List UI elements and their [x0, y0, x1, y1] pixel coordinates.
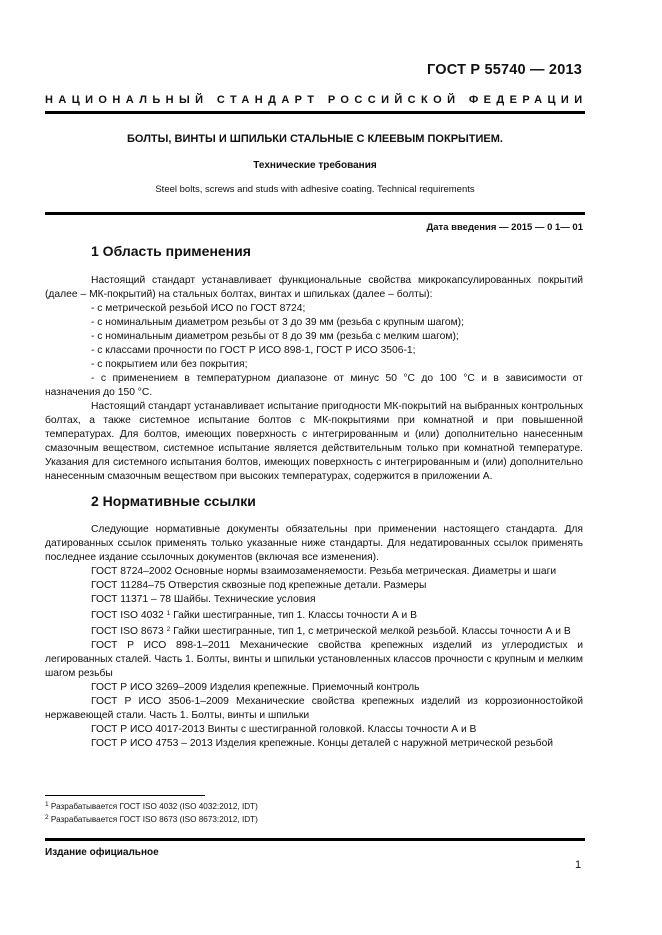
scope-item: - с номинальным диаметром резьбы от 3 до…: [45, 316, 583, 330]
reference-item: ГОСТ ISO 4032 1 Гайки шестигранные, тип …: [45, 607, 583, 623]
english-title: Steel bolts, screws and studs with adhes…: [45, 184, 585, 195]
footnote-marker: 1: [167, 610, 171, 617]
national-standard-banner: НАЦИОНАЛЬНЫЙ СТАНДАРТ РОССИЙСКОЙ ФЕДЕРАЦ…: [45, 94, 585, 106]
reference-code: ГОСТ 11371 – 78: [91, 594, 171, 605]
normative-references-list: ГОСТ 8724–2002 Основные нормы взаимозаме…: [45, 565, 583, 751]
footnote-1: 1 Разрабатывается ГОСТ ISO 4032 (ISO 403…: [45, 799, 258, 812]
reference-title: Изделия крепежные. Приемочный контроль: [210, 682, 420, 693]
reference-title: Гайки шестигранные, тип 1, с метрической…: [173, 626, 571, 637]
reference-item: ГОСТ Р ИСО 898-1–2011 Механические свойс…: [45, 639, 583, 681]
reference-code: ГОСТ Р ИСО 3269–2009: [91, 682, 207, 693]
reference-title: Основные нормы взаимозаменяемости. Резьб…: [175, 566, 556, 577]
reference-item: ГОСТ Р ИСО 4017-2013 Винты с шестигранно…: [45, 723, 583, 737]
document-title: БОЛТЫ, ВИНТЫ И ШПИЛЬКИ СТАЛЬНЫЕ С КЛЕЕВЫ…: [45, 133, 585, 145]
scope-item: - с применением в температурном диапазон…: [45, 372, 583, 400]
title-rule: [45, 212, 585, 215]
scope-item: - с покрытием или без покрытия;: [45, 358, 583, 372]
section-1-paragraph-2: Настоящий стандарт устанавливает испытан…: [45, 400, 583, 484]
reference-title: Шайбы. Технические условия: [174, 594, 316, 605]
reference-title: Гайки шестигранные, тип 1. Классы точнос…: [173, 610, 417, 621]
footnote-separator: [45, 795, 205, 796]
gost-number: ГОСТ Р 55740 — 2013: [427, 62, 582, 78]
page-number: 1: [575, 859, 581, 871]
reference-code: ГОСТ Р ИСО 4017-2013: [91, 724, 205, 735]
reference-item: ГОСТ 8724–2002 Основные нормы взаимозаме…: [45, 565, 583, 579]
reference-code: ГОСТ Р ИСО 898-1–2011: [91, 640, 230, 651]
scope-item: - с метрической резьбой ИСО по ГОСТ 8724…: [45, 302, 583, 316]
section-1-body: Настоящий стандарт устанавливает функцио…: [45, 274, 583, 484]
reference-item: ГОСТ 11284–75 Отверстия сквозные под кре…: [45, 579, 583, 593]
reference-code: ГОСТ Р ИСО 4753 – 2013: [91, 738, 213, 749]
scope-item: - с классами прочности по ГОСТ Р ИСО 898…: [45, 344, 583, 358]
section-2-body: Следующие нормативные документы обязател…: [45, 523, 583, 751]
reference-title: Отверстия сквозные под крепежные детали.…: [168, 580, 426, 591]
official-edition-label: Издание официальное: [45, 847, 159, 858]
section-1-paragraph-1: Настоящий стандарт устанавливает функцио…: [45, 274, 583, 302]
footnotes: 1 Разрабатывается ГОСТ ISO 4032 (ISO 403…: [45, 799, 258, 825]
reference-code: ГОСТ 11284–75: [91, 580, 165, 591]
footnote-2: 2 Разрабатывается ГОСТ ISO 8673 (ISO 867…: [45, 812, 258, 825]
footer-rule: [45, 838, 585, 841]
section-1-heading: 1 Область применения: [91, 243, 251, 259]
reference-code: ГОСТ Р ИСО 3506-1–2009: [91, 696, 229, 707]
document-subtitle: Технические требования: [45, 160, 585, 171]
reference-title: Винты с шестигранной головкой. Классы то…: [208, 724, 477, 735]
reference-title: Изделия крепежные. Концы деталей с наруж…: [216, 738, 553, 749]
section-2-intro: Следующие нормативные документы обязател…: [45, 523, 583, 565]
scope-item: - с номинальным диаметром резьбы от 8 до…: [45, 330, 583, 344]
footnote-marker: 2: [167, 626, 171, 633]
section-2-heading: 2 Нормативные ссылки: [91, 493, 256, 509]
reference-code: ГОСТ ISO 8673: [91, 626, 164, 637]
reference-code: ГОСТ 8724–2002: [91, 566, 172, 577]
reference-item: ГОСТ ISO 8673 2 Гайки шестигранные, тип …: [45, 623, 583, 639]
introduction-date: Дата введения — 2015 — 0 1— 01: [426, 222, 583, 233]
document-page: ГОСТ Р 55740 — 2013 НАЦИОНАЛЬНЫЙ СТАНДАР…: [0, 0, 662, 935]
header-rule: [45, 111, 585, 114]
reference-code: ГОСТ ISO 4032: [91, 610, 164, 621]
reference-item: ГОСТ 11371 – 78 Шайбы. Технические услов…: [45, 593, 583, 607]
reference-item: ГОСТ Р ИСО 3269–2009 Изделия крепежные. …: [45, 681, 583, 695]
reference-item: ГОСТ Р ИСО 4753 – 2013 Изделия крепежные…: [45, 737, 583, 751]
reference-item: ГОСТ Р ИСО 3506-1–2009 Механические свой…: [45, 695, 583, 723]
